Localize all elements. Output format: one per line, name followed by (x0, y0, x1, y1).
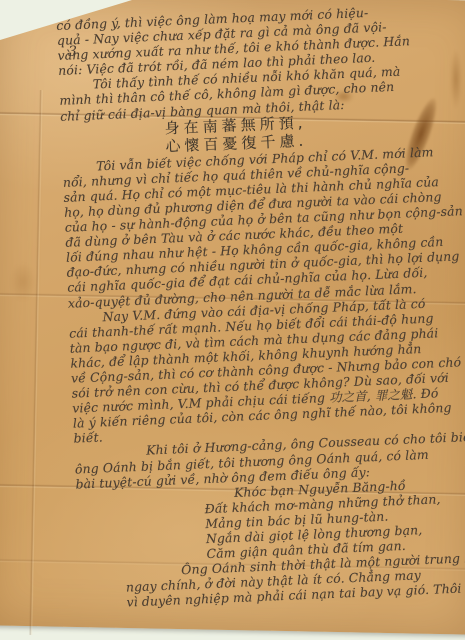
handwritten-letter-text: có đồng ý, thì việc ông làm hoạ may mới … (56, 1, 465, 612)
paper-stain (10, 262, 36, 302)
